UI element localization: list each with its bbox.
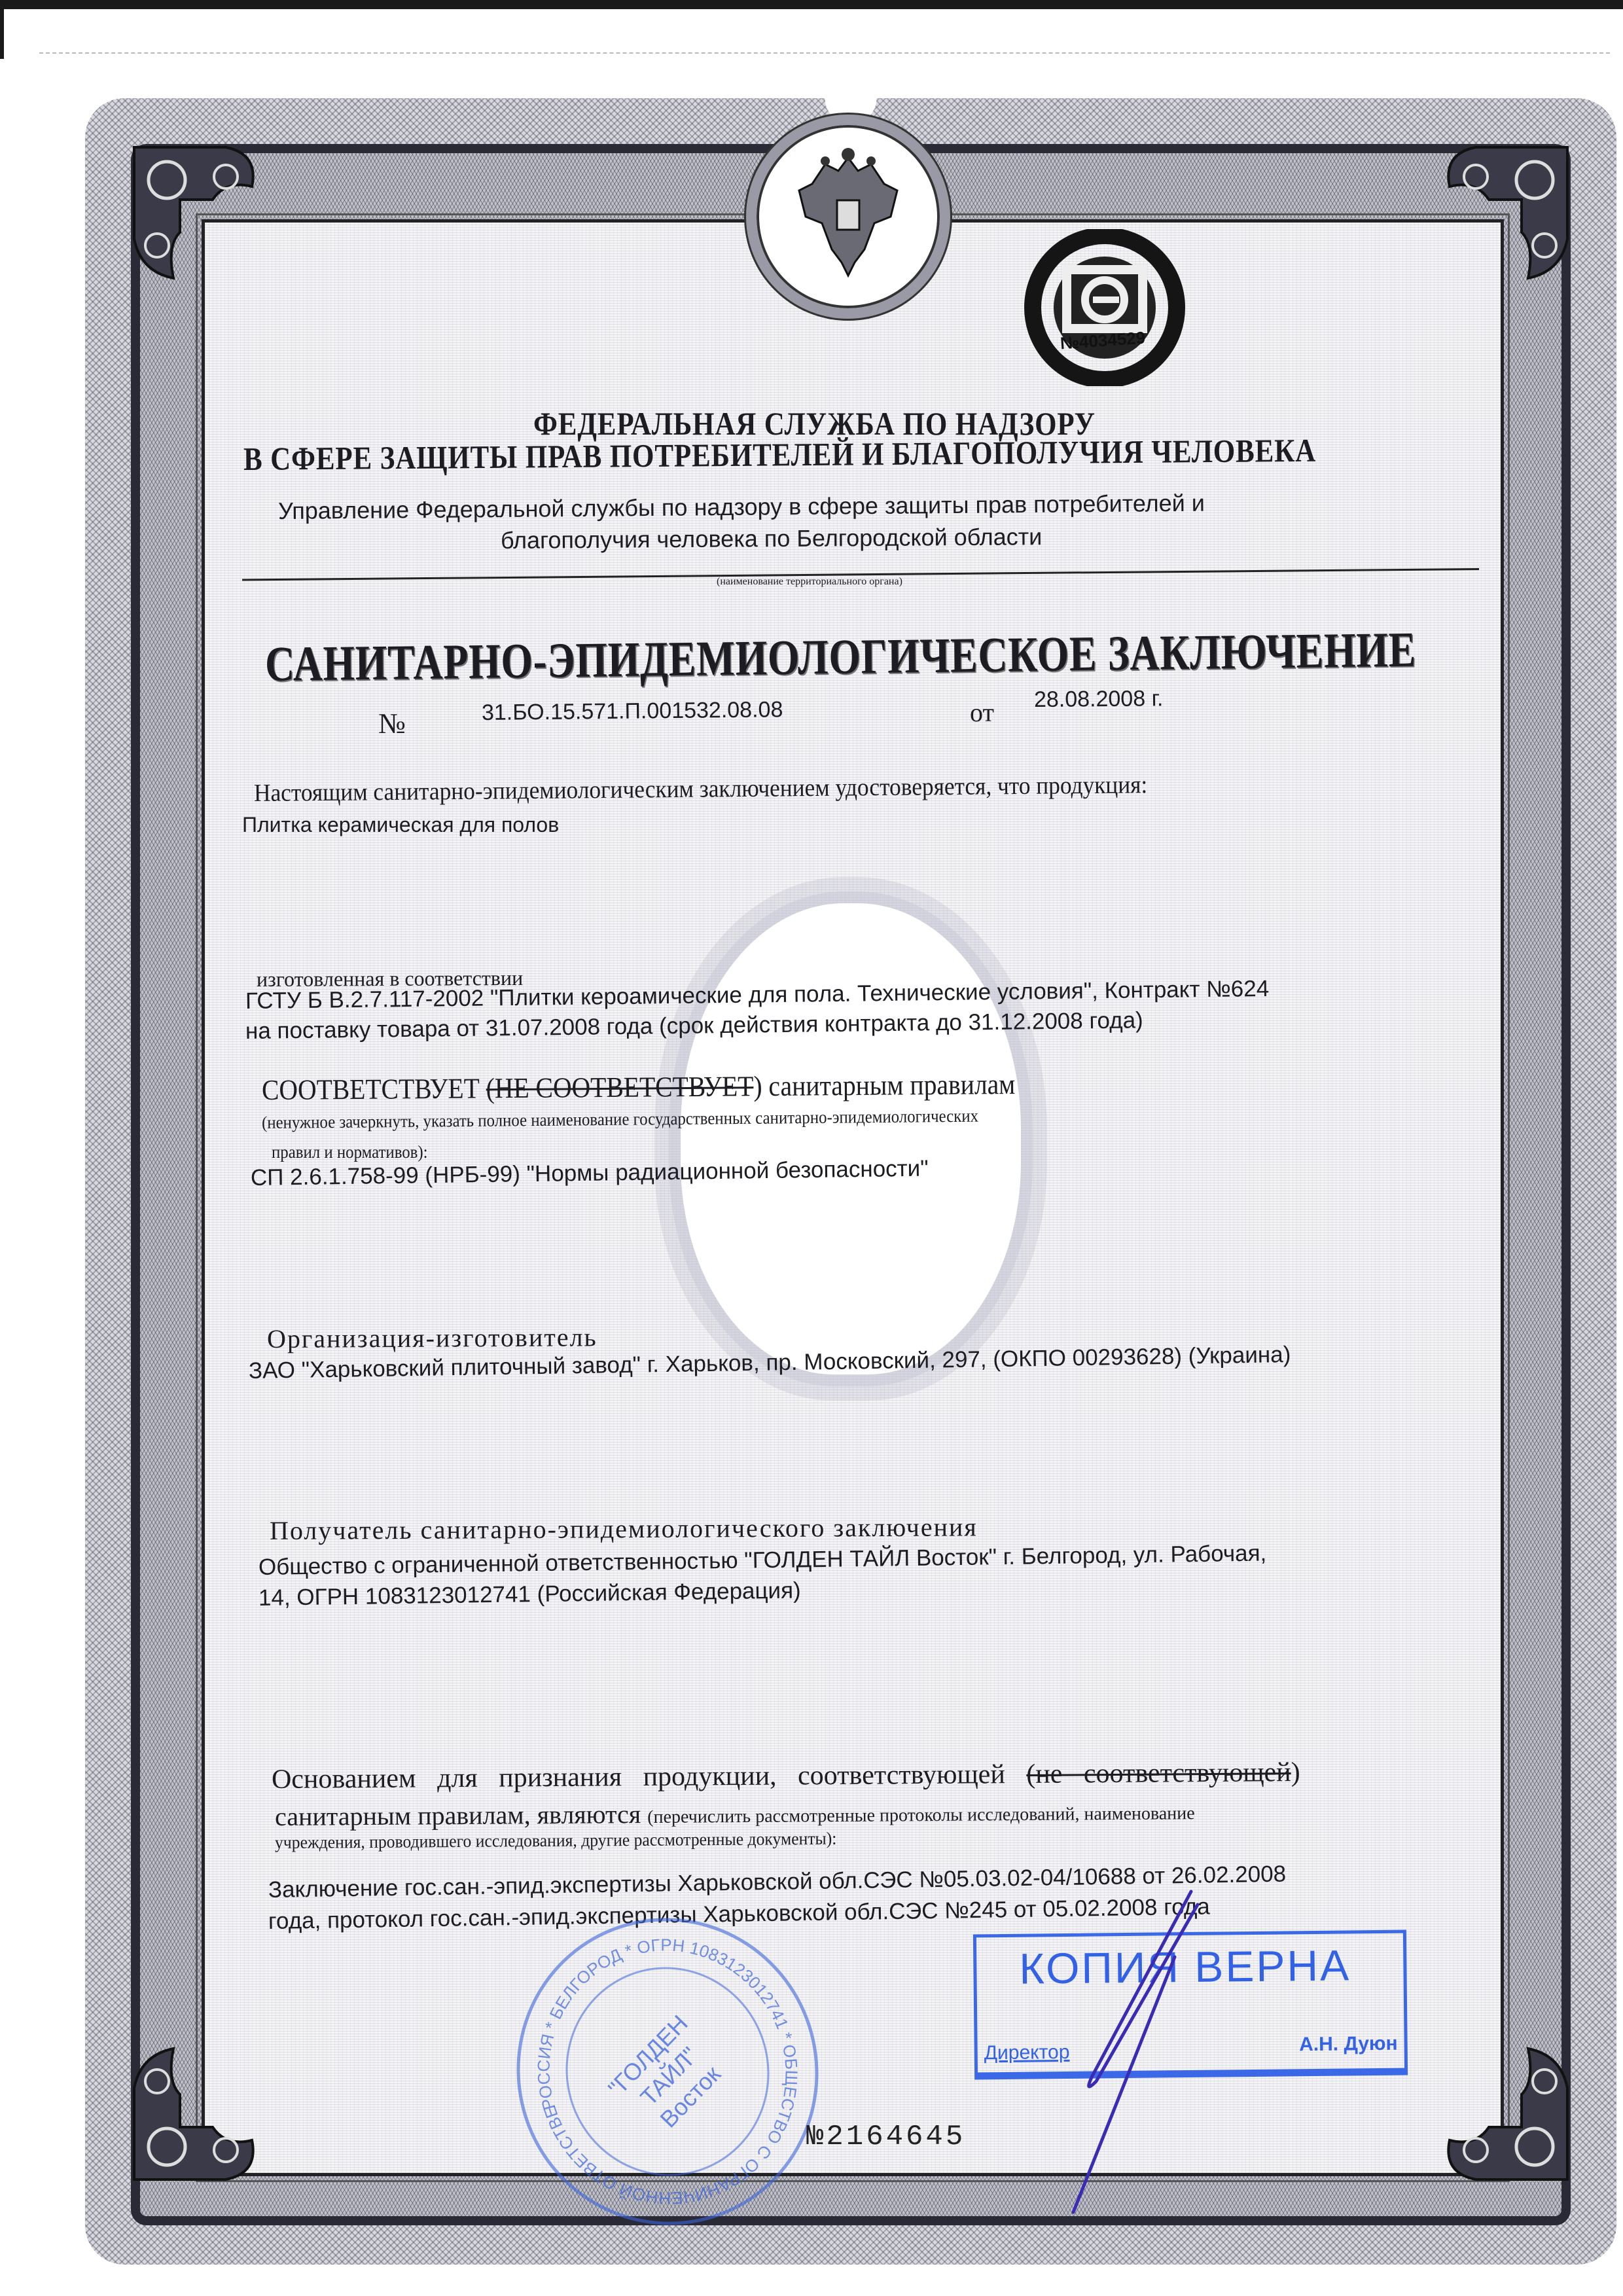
field-caption: правил и нормативов): — [272, 1142, 428, 1162]
document-number: 31.БО.15.571.П.001532.08.08 — [482, 697, 783, 726]
russian-coat-of-arms-icon — [746, 115, 950, 319]
copy-certified-stamp: КОПИЯ ВЕРНА Директор А.Н. Дуюн — [973, 1930, 1408, 2080]
struck-text: (НЕ СООТВЕТСТВУЕТ — [486, 1070, 754, 1104]
signatory-name: А.Н. Дуюн — [1299, 2033, 1398, 2056]
ornament-corner-icon — [1436, 2036, 1574, 2186]
basis-statement: санитарным правилам, являются (перечисли… — [275, 1795, 1195, 1832]
manufacturer-label: Организация-изготовитель — [267, 1321, 597, 1354]
struck-text: (не соответствующей — [1026, 1757, 1291, 1789]
scan-edge — [0, 0, 1623, 9]
territorial-office-line-2: благополучия человека по Белгородской об… — [501, 523, 1043, 554]
number-label: № — [378, 707, 406, 740]
product-name: Плитка керамическая для полов — [242, 813, 559, 837]
basis-text: Основанием для признания продукции, соот… — [272, 1759, 1027, 1795]
date-label: от — [970, 697, 994, 728]
ornament-corner-icon — [1436, 141, 1574, 291]
signatory-role: Директор — [984, 2041, 1070, 2064]
complies-suffix: ) санитарным правилам — [753, 1068, 1015, 1102]
ornament-corner-icon — [128, 2036, 265, 2186]
complies-text: СООТВЕТСТВУЕТ — [262, 1072, 486, 1106]
field-caption: (наименование территориального органа) — [717, 576, 902, 588]
copy-stamp-title: КОПИЯ ВЕРНА — [1019, 1940, 1351, 1993]
field-caption: (перечислить рассмотренные протоколы исс… — [647, 1803, 1195, 1827]
field-caption: учреждения, проводившего исследования, д… — [275, 1829, 837, 1853]
ornament-corner-icon — [128, 141, 265, 291]
basis-text: ) — [1291, 1757, 1300, 1787]
guilloche-rosette-watermark — [681, 903, 1021, 1374]
scan-artifact-line — [39, 52, 1610, 54]
document-date: 28.08.2008 г. — [1034, 686, 1164, 713]
recipient-label: Получатель санитарно-эпидемиологического… — [270, 1511, 978, 1546]
basis-text: санитарным правилам, являются — [275, 1799, 648, 1831]
compliance-statement: СООТВЕТСТВУЕТ (НЕ СООТВЕТСТВУЕТ) санитар… — [262, 1067, 1016, 1107]
scan-edge — [0, 0, 4, 59]
gost-r-certification-mark-icon — [1021, 229, 1191, 386]
form-serial-number: №2164645 — [806, 2121, 965, 2153]
